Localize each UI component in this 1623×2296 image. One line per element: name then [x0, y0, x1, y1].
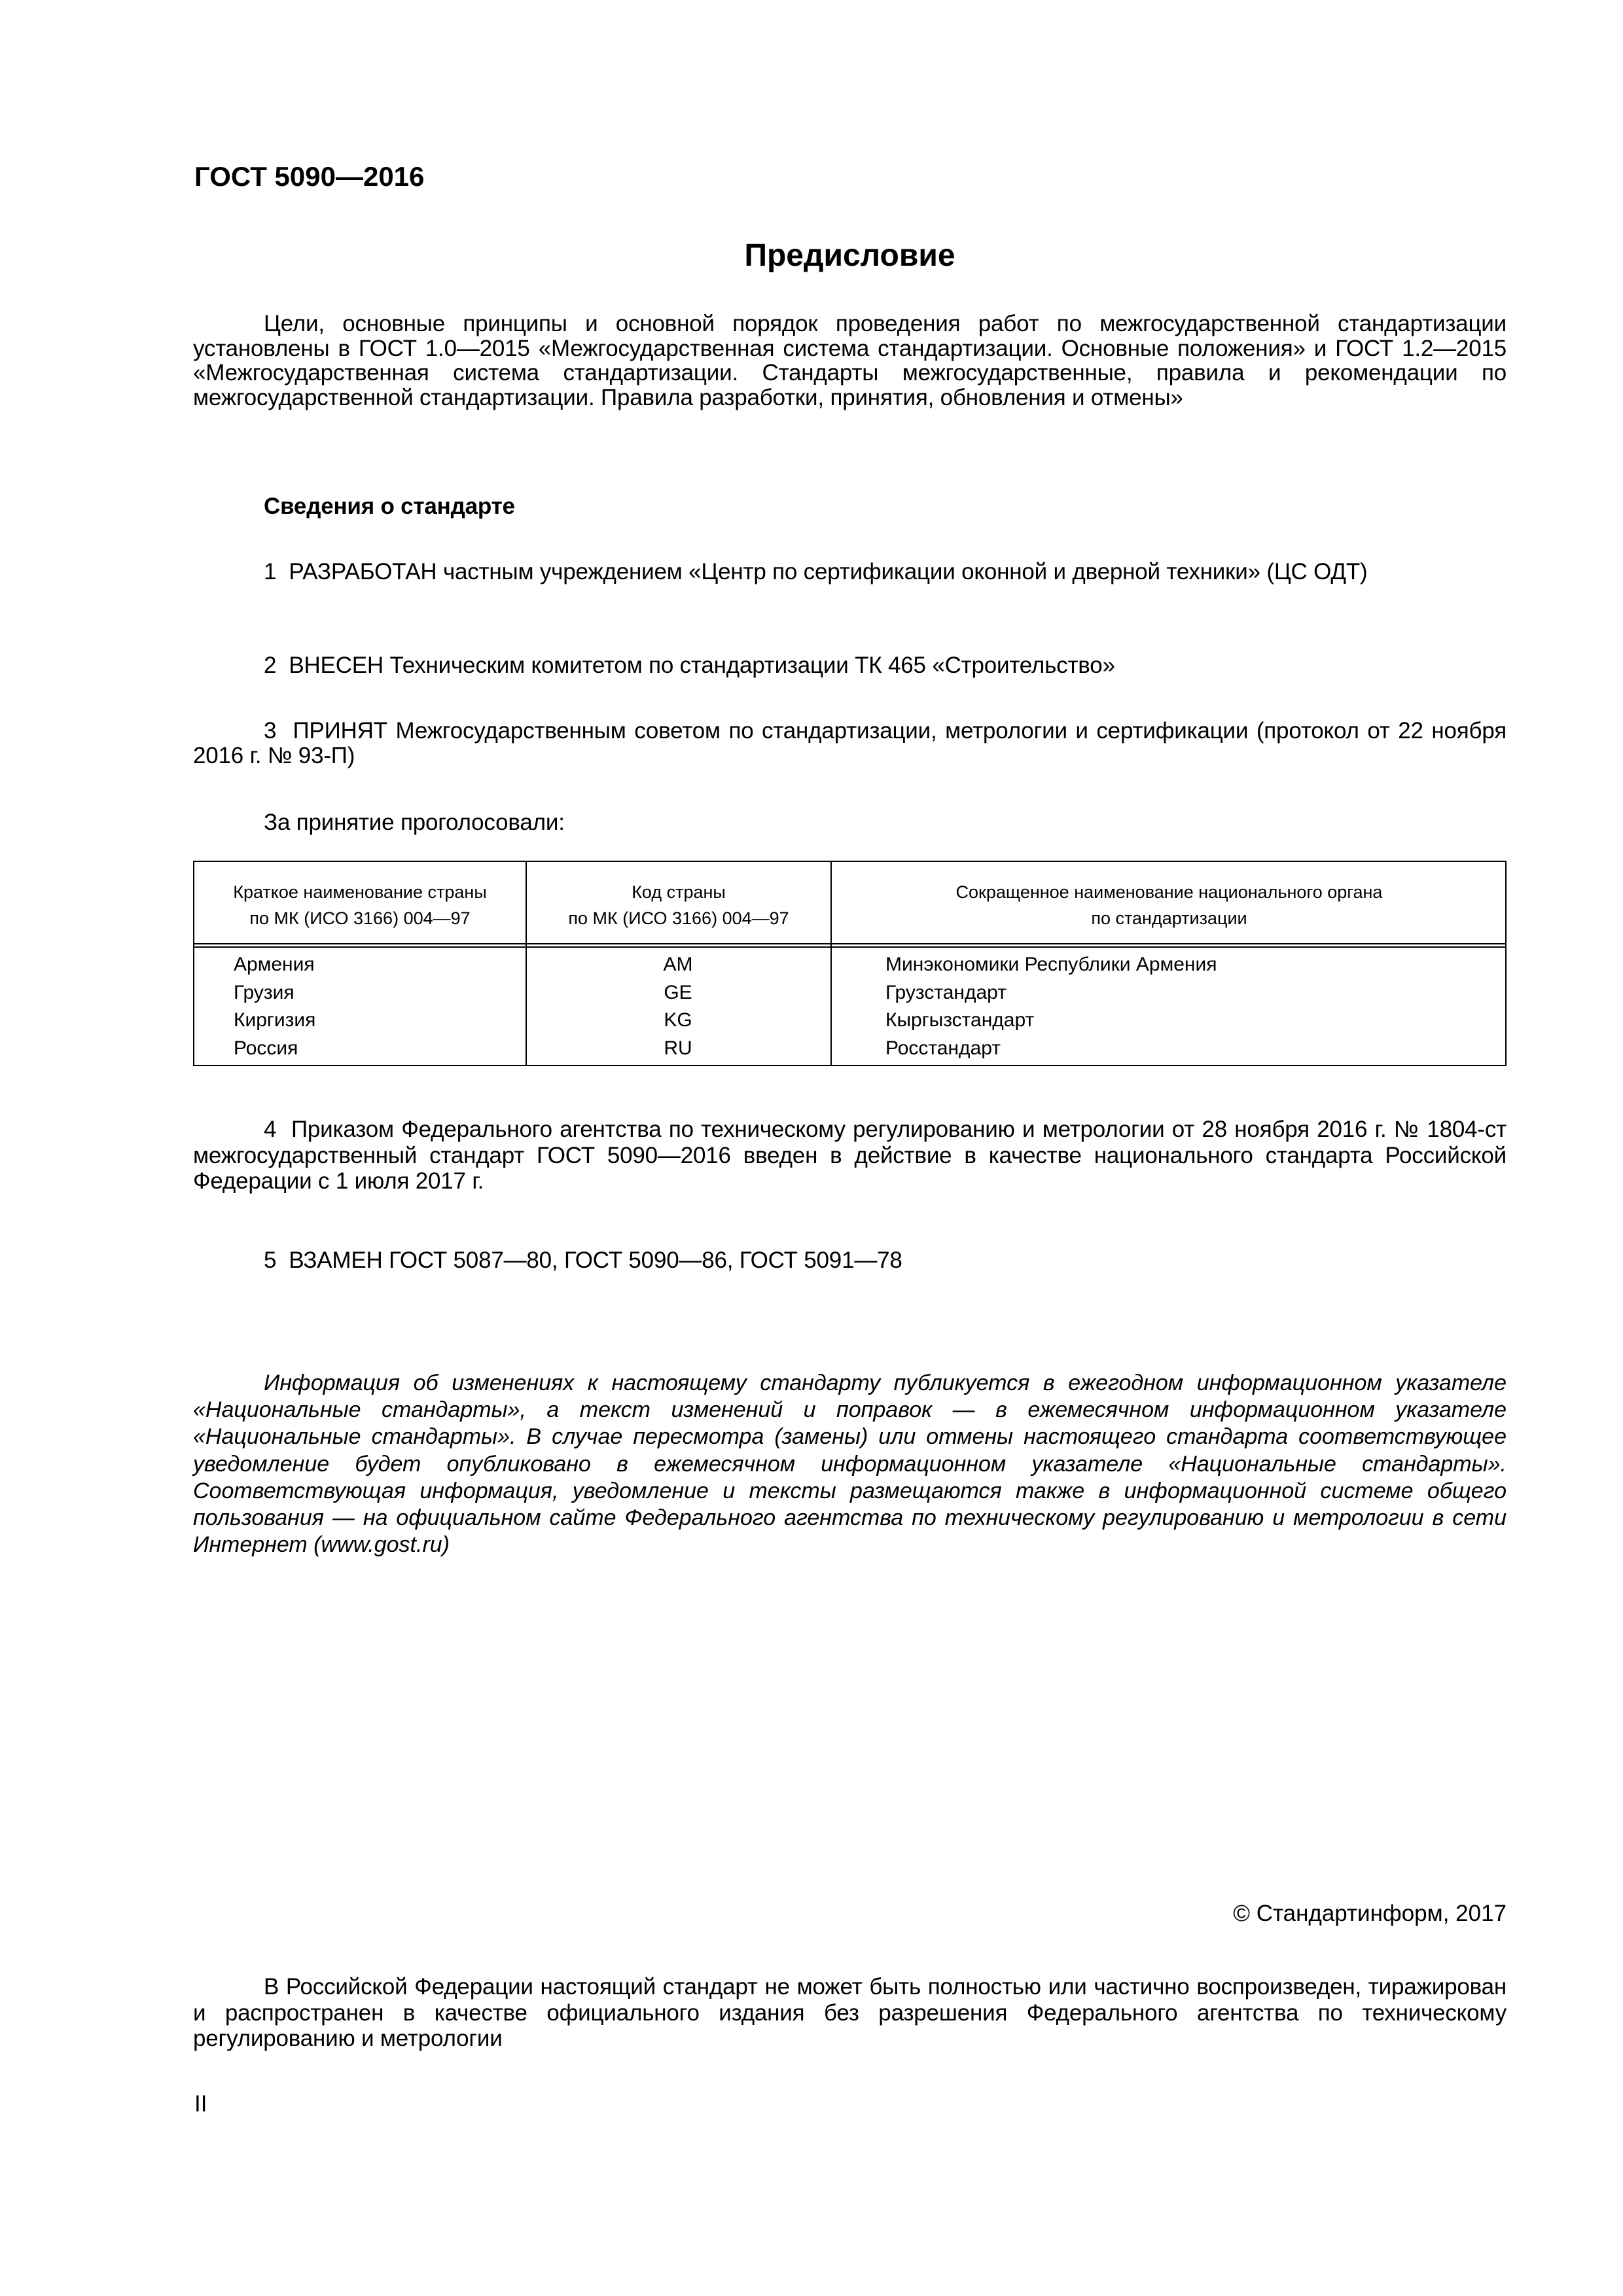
item-keyword: РАЗРАБОТАН [289, 559, 437, 584]
info-item-3: 3 ПРИНЯТ Межгосударственным советом по с… [193, 719, 1507, 768]
intro-paragraph: Цели, основные принципы и основной поряд… [193, 312, 1507, 410]
info-item-1: 1 РАЗРАБОТАН частным учреждением «Центр … [193, 560, 1507, 584]
item-number: 1 [264, 559, 276, 584]
item-number: 5 [264, 1247, 276, 1273]
page-number: II [194, 2092, 207, 2117]
item-text: Техническим комитетом по стандартизации … [390, 653, 1115, 678]
info-item-5: 5 ВЗАМЕН ГОСТ 5087—80, ГОСТ 5090—86, ГОС… [193, 1248, 1507, 1273]
column-code: AM GE KG RU [526, 951, 830, 1062]
table-header-country: Краткое наименование страны по МК (ИСО 3… [194, 879, 526, 931]
header-line: по стандартизации [832, 905, 1507, 931]
table-header-code: Код страны по МК (ИСО 3166) 004—97 [527, 879, 830, 931]
item-text: частным учреждением «Центр по сертификац… [443, 559, 1368, 584]
reproduction-notice: В Российской Федерации настоящий стандар… [193, 1974, 1507, 2052]
item-number: 3 [264, 718, 276, 744]
table-cell-code: KG [526, 1007, 830, 1035]
item-number: 2 [264, 653, 276, 678]
table-cell-country: Россия [234, 1035, 315, 1063]
item-keyword: ПРИНЯТ [293, 718, 387, 744]
section-heading: Сведения о стандарте [193, 494, 1507, 519]
table-cell-country: Киргизия [234, 1007, 315, 1035]
amendments-notice: Информация об изменениях к настоящему ст… [193, 1370, 1507, 1558]
column-standards-body: Минэкономики Республики Армения Грузстан… [885, 951, 1217, 1062]
table-cell-code: RU [526, 1035, 830, 1063]
header-line: по МК (ИСО 3166) 004—97 [194, 905, 526, 931]
document-code: ГОСТ 5090—2016 [194, 161, 424, 192]
header-line: Сокращенное наименование национального о… [832, 879, 1507, 905]
table-cell-country: Грузия [234, 979, 315, 1007]
copyright-line: © Стандартинформ, 2017 [1233, 1901, 1507, 1926]
item-text: Межгосударственным советом по стандартиз… [193, 718, 1507, 768]
header-double-rule [194, 943, 1505, 948]
info-item-4: 4 Приказом Федерального агентства по тех… [193, 1117, 1507, 1194]
header-line: по МК (ИСО 3166) 004—97 [527, 905, 830, 931]
info-item-2: 2 ВНЕСЕН Техническим комитетом по станда… [193, 653, 1507, 678]
item-number: 4 [264, 1117, 276, 1142]
table-cell-body: Росстандарт [885, 1035, 1217, 1063]
item-keyword: ВЗАМЕН [289, 1247, 382, 1273]
page-title: Предисловие [193, 238, 1507, 274]
header-line: Код страны [527, 879, 830, 905]
item-keyword: Приказом [291, 1117, 394, 1142]
item-text: ГОСТ 5087—80, ГОСТ 5090—86, ГОСТ 5091—78 [389, 1247, 902, 1273]
table-cell-code: GE [526, 979, 830, 1007]
table-header-body: Сокращенное наименование национального о… [832, 879, 1507, 931]
header-line: Краткое наименование страны [194, 879, 526, 905]
vote-caption: За принятие проголосовали: [193, 810, 1507, 835]
table-cell-body: Кыргызстандарт [885, 1007, 1217, 1035]
table-cell-code: AM [526, 951, 830, 979]
table-cell-country: Армения [234, 951, 315, 979]
item-keyword: ВНЕСЕН [289, 653, 383, 678]
table-cell-body: Минэкономики Республики Армения [885, 951, 1217, 979]
voting-table: Краткое наименование страны по МК (ИСО 3… [193, 861, 1507, 1066]
column-country: Армения Грузия Киргизия Россия [234, 951, 315, 1062]
table-cell-body: Грузстандарт [885, 979, 1217, 1007]
